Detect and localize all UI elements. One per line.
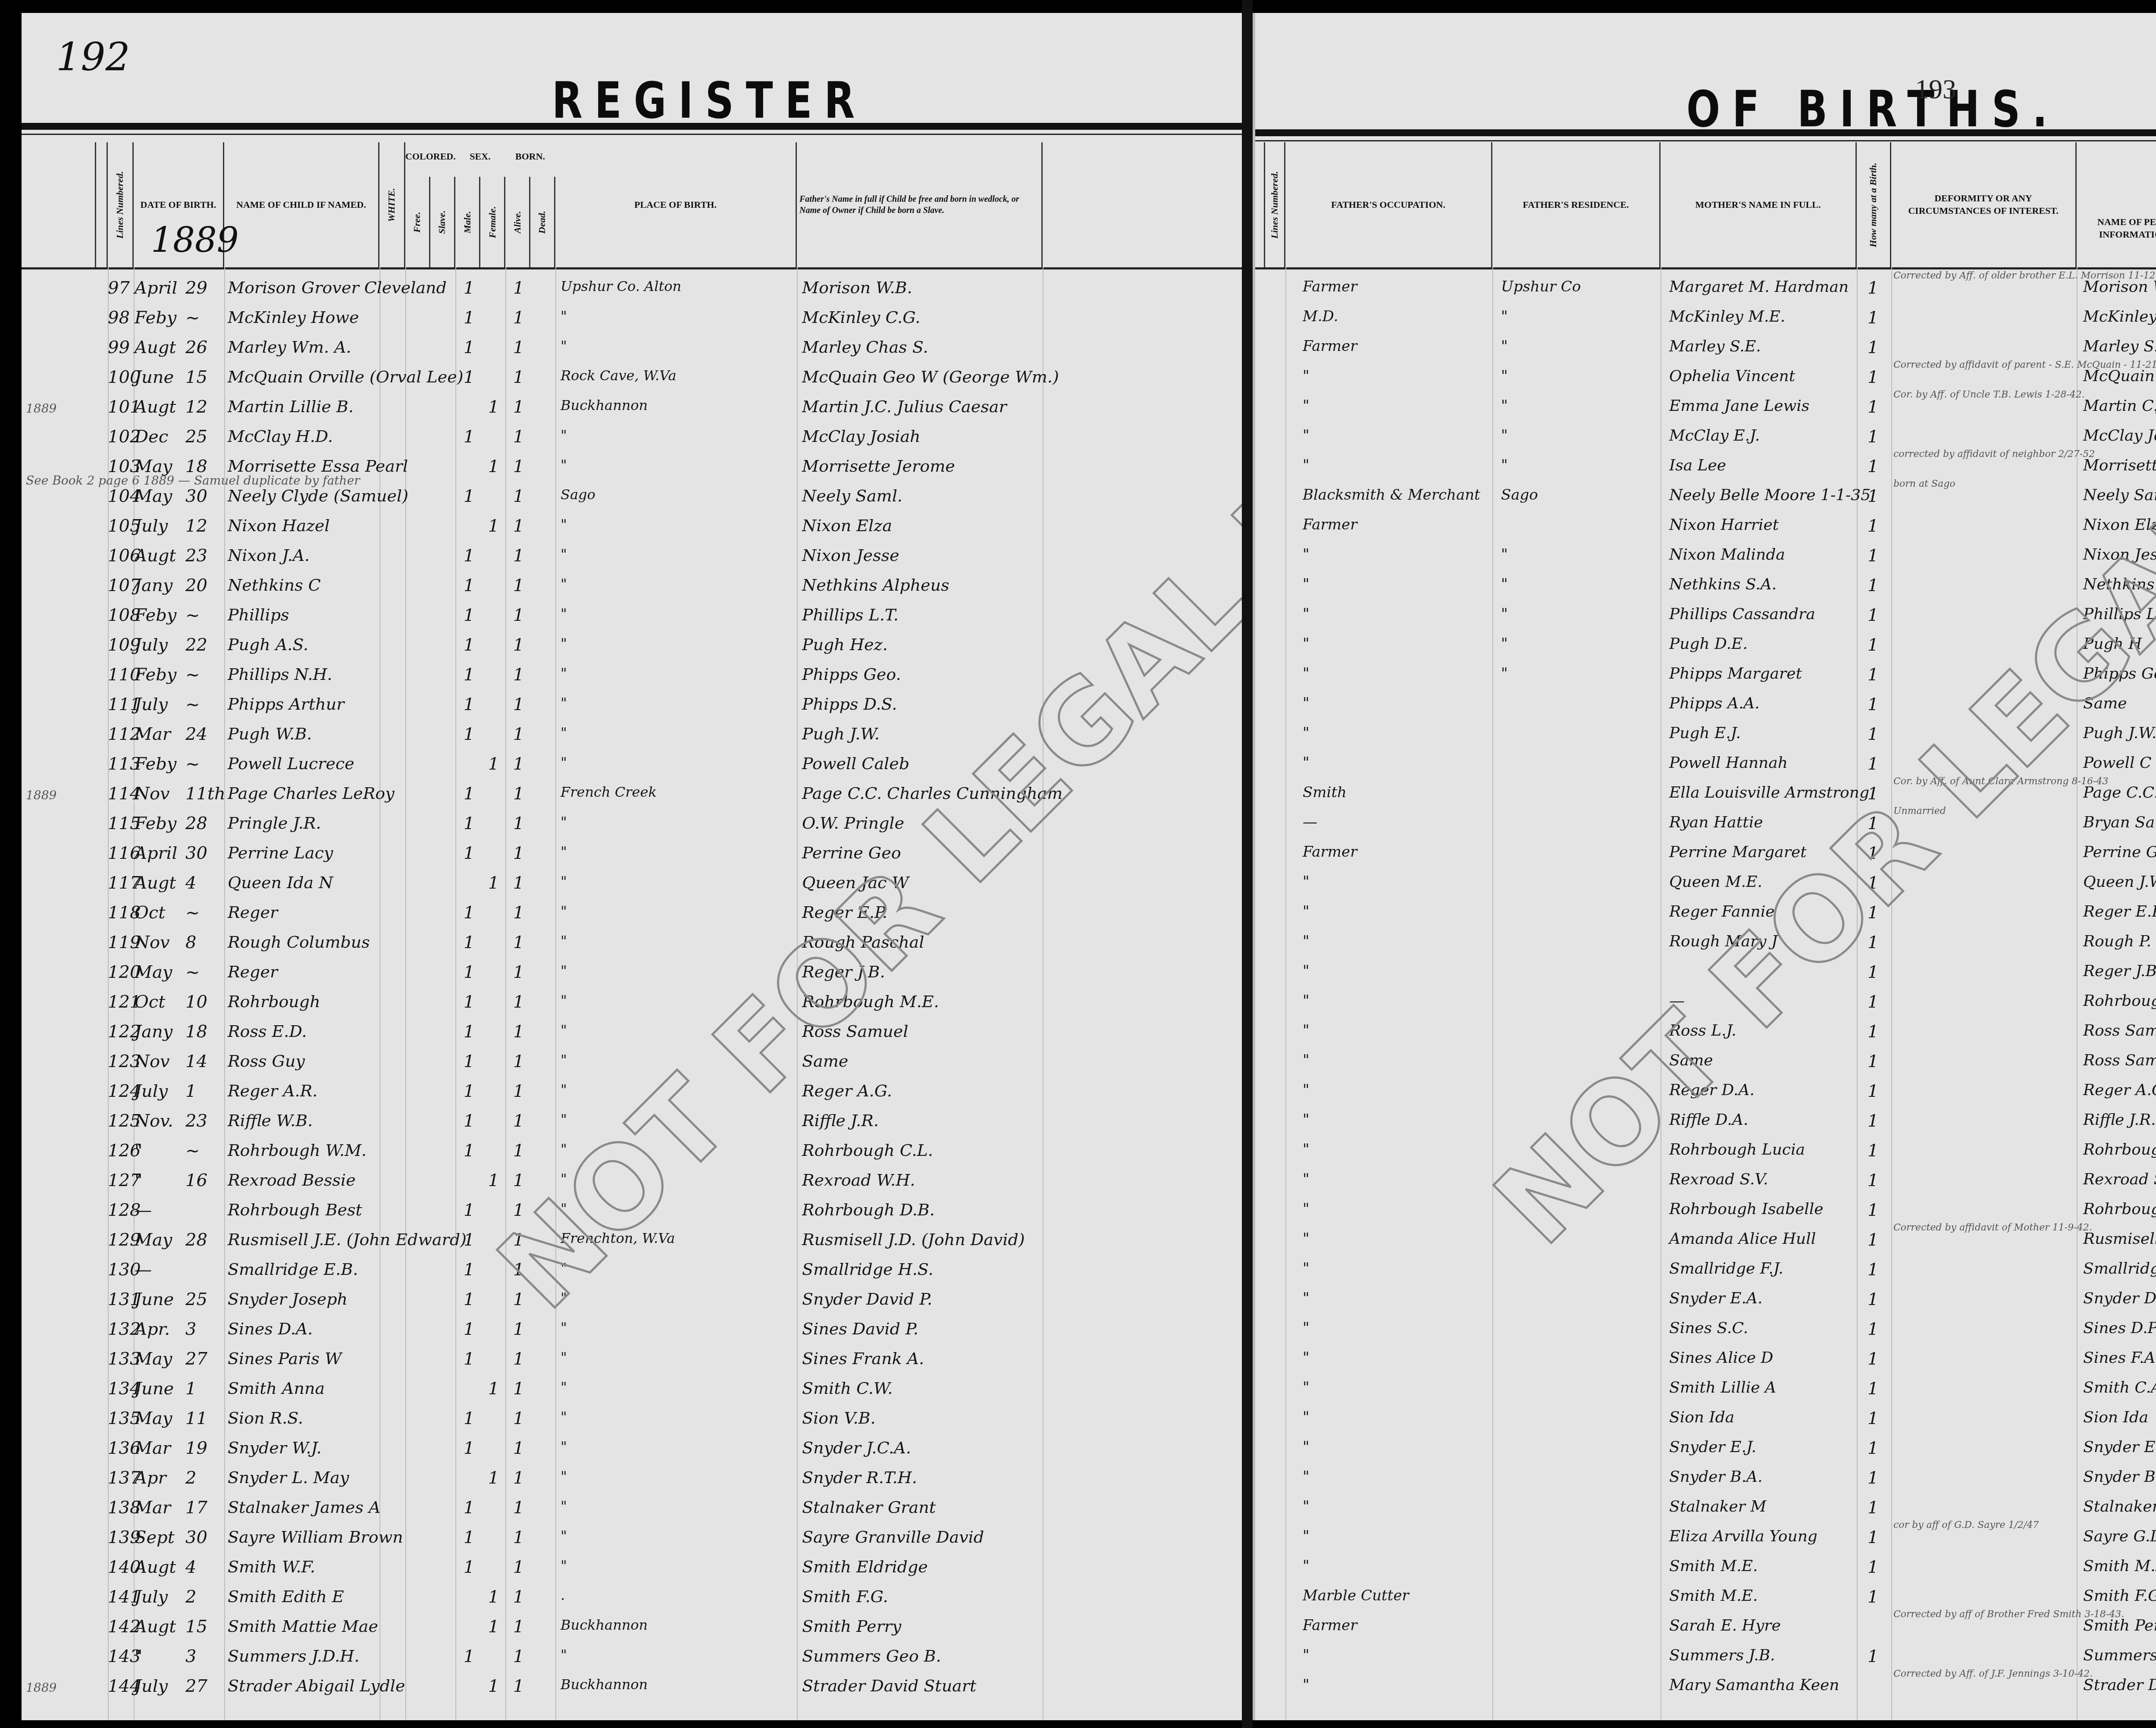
mother-name: Amanda Alice Hull bbox=[1669, 1230, 1816, 1248]
header-name-of-child: NAME OF CHILD IF NAMED. bbox=[224, 142, 379, 267]
born-alive-mark: 1 bbox=[513, 754, 524, 774]
father-name: Nixon Jesse bbox=[802, 546, 899, 565]
birth-month: Augt bbox=[135, 546, 176, 566]
born-alive-mark: 1 bbox=[513, 427, 524, 447]
birth-day: 30 bbox=[185, 486, 207, 506]
place-of-birth: " bbox=[561, 754, 567, 770]
informant-name: Smith C.A. bbox=[2083, 1379, 2156, 1396]
birth-day: 2 bbox=[185, 1468, 196, 1488]
father-occupation: " bbox=[1303, 1141, 1310, 1158]
birth-count: 1 bbox=[1868, 1081, 1878, 1101]
child-name: Reger A.R. bbox=[228, 1081, 317, 1100]
table-row: 131June25Snyder Joseph11"Snyder David P. bbox=[22, 1290, 1242, 1314]
birth-day: 14 bbox=[185, 1052, 207, 1071]
child-name: Morrisette Essa Pearl bbox=[228, 457, 408, 476]
sex-female-mark: 1 bbox=[488, 1379, 499, 1399]
mother-name: Perrine Margaret bbox=[1669, 843, 1807, 861]
father-occupation: " bbox=[1303, 665, 1310, 682]
informant-name: McClay Josiah bbox=[2083, 427, 2156, 445]
place-of-birth: " bbox=[561, 1647, 567, 1663]
birth-count: 1 bbox=[1868, 278, 1878, 298]
table-row: 120May~Reger11"Reger J.B. bbox=[22, 962, 1242, 986]
birth-day: ~ bbox=[185, 1141, 200, 1161]
birth-count: 1 bbox=[1868, 576, 1878, 595]
birth-day: ~ bbox=[185, 665, 200, 685]
birth-count: 1 bbox=[1868, 1319, 1878, 1339]
mother-name: Rexroad S.V. bbox=[1669, 1171, 1768, 1188]
circumstances-note: Corrected by affidavit of Mother 11-9-42… bbox=[1893, 1222, 2092, 1233]
sex-male-mark: 1 bbox=[464, 1319, 474, 1339]
child-name: Nixon Hazel bbox=[228, 516, 330, 535]
table-row: "Summers J.B.1Summers Geo B." bbox=[1255, 1647, 2156, 1671]
father-residence: Upshur Co bbox=[1501, 278, 1581, 295]
child-name: Ross Guy bbox=[228, 1052, 305, 1071]
birth-count: 1 bbox=[1868, 1379, 1878, 1399]
table-row: 137Apr2Snyder L. May11"Snyder R.T.H. bbox=[22, 1468, 1242, 1492]
book-gutter bbox=[1242, 0, 1253, 1728]
child-name: Pugh A.S. bbox=[228, 635, 308, 654]
table-row: 102Dec25McClay H.D.11"McClay Josiah bbox=[22, 427, 1242, 451]
born-alive-mark: 1 bbox=[513, 784, 524, 804]
place-of-birth: " bbox=[561, 576, 567, 592]
birth-count: 1 bbox=[1868, 308, 1878, 328]
birth-count: 1 bbox=[1868, 962, 1878, 982]
table-row: FarmerPerrine Margaret1Perrine Geo.fathe… bbox=[1255, 843, 2156, 867]
sex-female-mark: 1 bbox=[488, 873, 499, 893]
child-name: Smith Mattie Mae bbox=[228, 1617, 378, 1636]
table-row: 118Oct~Reger11"Reger E.P. bbox=[22, 903, 1242, 927]
birth-day: 2 bbox=[185, 1587, 196, 1607]
father-name: Phipps Geo. bbox=[802, 665, 901, 684]
informant-name: McQuain C. bbox=[2083, 367, 2156, 385]
informant-name: Page C.C. bbox=[2083, 784, 2156, 801]
birth-day: 15 bbox=[185, 1617, 207, 1637]
birth-month: " bbox=[135, 1647, 142, 1666]
father-occupation: " bbox=[1303, 1171, 1310, 1188]
born-alive-mark: 1 bbox=[513, 516, 524, 536]
father-name: Sayre Granville David bbox=[802, 1528, 984, 1546]
table-row: 100June15McQuain Orville (Orval Lee)11Ro… bbox=[22, 367, 1242, 391]
header-deformity: DEFORMITY OR ANY CIRCUMSTANCES OF INTERE… bbox=[1891, 142, 2077, 267]
birth-month: July bbox=[135, 635, 168, 655]
birth-count: 1 bbox=[1868, 1290, 1878, 1309]
circumstances-note: cor by aff of G.D. Sayre 1/2/47 bbox=[1893, 1520, 2039, 1531]
sex-male-mark: 1 bbox=[464, 1498, 474, 1518]
table-row: 141July2Smith Edith E11.Smith F.G. bbox=[22, 1587, 1242, 1611]
table-row: 116April30Perrine Lacy11"Perrine Geo bbox=[22, 843, 1242, 867]
birth-day: 28 bbox=[185, 814, 207, 833]
born-alive-mark: 1 bbox=[513, 1587, 524, 1607]
father-residence: " bbox=[1501, 367, 1508, 385]
born-alive-mark: 1 bbox=[513, 992, 524, 1012]
child-name: Strader Abigail Lydle bbox=[228, 1676, 405, 1695]
table-row: "Reger Fannie1Reger E.P." bbox=[1255, 903, 2156, 927]
child-name: Page Charles LeRoy bbox=[228, 784, 395, 803]
born-alive-mark: 1 bbox=[513, 1290, 524, 1309]
table-row: FarmerNixon Harriet1Nixon Elza" bbox=[1255, 516, 2156, 540]
table-row: "Sion Ida1Sion Idamother bbox=[1255, 1409, 2156, 1433]
table-row: ""Nixon Malinda1Nixon Jesse" bbox=[1255, 546, 2156, 570]
table-row: "Eliza Arvilla Young1cor by aff of G.D. … bbox=[1255, 1528, 2156, 1552]
child-name: Rohrbough Best bbox=[228, 1200, 362, 1219]
father-occupation: — bbox=[1303, 814, 1317, 831]
father-occupation: " bbox=[1303, 1498, 1310, 1515]
informant-name: Sion Ida bbox=[2083, 1409, 2148, 1426]
header-lines-numbered: Lines Numbered. bbox=[108, 142, 134, 267]
mother-name: Summers J.B. bbox=[1669, 1647, 1775, 1664]
table-row: "Rohrbough Lucia1Rohrbough C.L." bbox=[1255, 1141, 2156, 1165]
table-row: 119Nov8Rough Columbus11"Rough Paschal bbox=[22, 933, 1242, 957]
circumstances-note: Corrected by Aff. of J.F. Jennings 3-10-… bbox=[1893, 1669, 2093, 1679]
mother-name: Powell Hannah bbox=[1669, 754, 1788, 772]
father-occupation: Farmer bbox=[1303, 1617, 1357, 1634]
birth-day: 27 bbox=[185, 1676, 207, 1696]
born-alive-mark: 1 bbox=[513, 1409, 524, 1428]
father-name: Nethkins Alpheus bbox=[802, 576, 950, 595]
father-occupation: " bbox=[1303, 962, 1310, 980]
born-alive-mark: 1 bbox=[513, 605, 524, 625]
table-row: "Smith M.E.1Smith M.E.mother bbox=[1255, 1557, 2156, 1581]
informant-name: Powell C bbox=[2083, 754, 2152, 772]
header-top-rule bbox=[22, 123, 1242, 130]
birth-day: 30 bbox=[185, 843, 207, 863]
father-name: Pugh J.W. bbox=[802, 724, 880, 743]
mother-name: Phillips Cassandra bbox=[1669, 605, 1815, 623]
place-of-birth: " bbox=[561, 962, 567, 979]
birth-count: 1 bbox=[1868, 1498, 1878, 1518]
sex-male-mark: 1 bbox=[464, 308, 474, 328]
father-name: Sines Frank A. bbox=[802, 1349, 924, 1368]
place-of-birth: " bbox=[561, 338, 567, 354]
table-row: 138Mar17Stalnaker James A11"Stalnaker Gr… bbox=[22, 1498, 1242, 1522]
mother-name: Pugh D.E. bbox=[1669, 635, 1748, 653]
born-alive-mark: 1 bbox=[513, 635, 524, 655]
born-alive-mark: 1 bbox=[513, 1617, 524, 1637]
header-bottom-rule bbox=[22, 267, 1242, 269]
birth-count: 1 bbox=[1868, 1349, 1878, 1369]
table-row: 139Sept30Sayre William Brown11"Sayre Gra… bbox=[22, 1528, 1242, 1552]
child-name: Riffle W.B. bbox=[228, 1111, 313, 1130]
header-dead: Dead. bbox=[530, 177, 555, 267]
birth-day: ~ bbox=[185, 962, 200, 982]
child-name: Rough Columbus bbox=[228, 933, 370, 952]
father-residence: " bbox=[1501, 457, 1508, 474]
place-of-birth: Sago bbox=[561, 486, 595, 503]
sex-female-mark: 1 bbox=[488, 1676, 499, 1696]
birth-day: 4 bbox=[185, 873, 196, 893]
place-of-birth: " bbox=[561, 1081, 567, 1098]
birth-count: 1 bbox=[1868, 1409, 1878, 1428]
born-alive-mark: 1 bbox=[513, 457, 524, 476]
header-lines-numbered: Lines Numbered. bbox=[1264, 142, 1285, 267]
father-occupation: " bbox=[1303, 457, 1310, 474]
child-name: Sines D.A. bbox=[228, 1319, 313, 1338]
born-alive-mark: 1 bbox=[513, 962, 524, 982]
birth-day: 17 bbox=[185, 1498, 207, 1518]
table-row: 97April29Morison Grover Cleveland11Upshu… bbox=[22, 278, 1242, 302]
birth-count: 1 bbox=[1868, 605, 1878, 625]
informant-name: Reger J.B. bbox=[2083, 962, 2156, 980]
place-of-birth: " bbox=[561, 1111, 567, 1127]
birth-count: 1 bbox=[1868, 486, 1878, 506]
table-row: ""Emma Jane Lewis1Cor. by Aff. of Uncle … bbox=[1255, 397, 2156, 421]
birth-day: 23 bbox=[185, 546, 207, 566]
father-occupation: " bbox=[1303, 1409, 1310, 1426]
birth-month: " bbox=[135, 1171, 142, 1190]
informant-name: Morrisette J.B. bbox=[2083, 457, 2156, 474]
page-number: 193 bbox=[1915, 73, 1956, 105]
header-alive: Alive. bbox=[505, 177, 530, 267]
mother-name: Nethkins S.A. bbox=[1669, 576, 1777, 593]
birth-month: June bbox=[135, 367, 174, 387]
father-name: Sion V.B. bbox=[802, 1409, 876, 1427]
place-of-birth: " bbox=[561, 605, 567, 622]
informant-name: Ross Samuel bbox=[2083, 1052, 2156, 1069]
mother-name: Isa Lee bbox=[1669, 457, 1726, 474]
place-of-birth: " bbox=[561, 427, 567, 443]
father-name: Martin J.C. Julius Caesar bbox=[802, 397, 1007, 416]
birth-month: Augt bbox=[135, 397, 176, 417]
birth-month: Mar bbox=[135, 1438, 171, 1458]
sex-male-mark: 1 bbox=[464, 1141, 474, 1161]
mother-name: Sines S.C. bbox=[1669, 1319, 1748, 1337]
child-name: Reger bbox=[228, 962, 278, 981]
sex-male-mark: 1 bbox=[464, 1230, 474, 1250]
father-residence: " bbox=[1501, 635, 1508, 652]
place-of-birth: " bbox=[561, 1498, 567, 1514]
born-alive-mark: 1 bbox=[513, 1022, 524, 1042]
informant-name: Sayre G.D. bbox=[2083, 1528, 2156, 1545]
place-of-birth: " bbox=[561, 665, 567, 681]
born-alive-mark: 1 bbox=[513, 724, 524, 744]
father-occupation: M.D. bbox=[1303, 308, 1338, 325]
sex-male-mark: 1 bbox=[464, 665, 474, 685]
father-name: Powell Caleb bbox=[802, 754, 909, 773]
born-alive-mark: 1 bbox=[513, 1676, 524, 1696]
mother-name: Rohrbough Lucia bbox=[1669, 1141, 1805, 1158]
born-alive-mark: 1 bbox=[513, 933, 524, 952]
place-of-birth: . bbox=[561, 1587, 565, 1603]
child-name: Reger bbox=[228, 903, 278, 922]
header-father-name: Father's Name in full if Child be free a… bbox=[797, 142, 1043, 267]
birth-count: 1 bbox=[1868, 427, 1878, 447]
child-name: Rohrbough W.M. bbox=[228, 1141, 367, 1160]
father-name: Morrisette Jerome bbox=[802, 457, 955, 476]
birth-count: 1 bbox=[1868, 665, 1878, 685]
birth-day: 12 bbox=[185, 397, 207, 417]
birth-count: 1 bbox=[1868, 516, 1878, 536]
father-occupation: " bbox=[1303, 367, 1310, 385]
born-alive-mark: 1 bbox=[513, 1528, 524, 1547]
father-occupation: Farmer bbox=[1303, 278, 1357, 295]
born-alive-mark: 1 bbox=[513, 1111, 524, 1131]
informant-name: Rough P. bbox=[2083, 933, 2151, 950]
sex-male-mark: 1 bbox=[464, 695, 474, 714]
birth-month: April bbox=[135, 278, 177, 298]
header-rule bbox=[22, 134, 1242, 135]
sex-male-mark: 1 bbox=[464, 1409, 474, 1428]
page-title: REGISTER bbox=[552, 72, 867, 130]
birth-day: 19 bbox=[185, 1438, 207, 1458]
place-of-birth: " bbox=[561, 992, 567, 1008]
header-informant-name: NAME OF PERSON GIVING INFORMATION OF BIR… bbox=[2077, 190, 2156, 267]
mother-name: Marley S.E. bbox=[1669, 338, 1761, 355]
born-alive-mark: 1 bbox=[513, 397, 524, 417]
father-name: Rohrbough D.B. bbox=[802, 1200, 935, 1219]
place-of-birth: Buckhannon bbox=[561, 1617, 648, 1633]
father-name: Phillips L.T. bbox=[802, 605, 899, 624]
birth-day: 25 bbox=[185, 1290, 207, 1309]
sex-female-mark: 1 bbox=[488, 754, 499, 774]
informant-name: Neely Saml. bbox=[2083, 486, 2156, 504]
place-of-birth: " bbox=[561, 1468, 567, 1484]
birth-day: 15 bbox=[185, 367, 207, 387]
table-row: FarmerUpshur CoMargaret M. Hardman1Corre… bbox=[1255, 278, 2156, 302]
born-alive-mark: 1 bbox=[513, 278, 524, 298]
birth-day: 30 bbox=[185, 1528, 207, 1547]
father-name: Snyder J.C.A. bbox=[802, 1438, 911, 1457]
child-name: Nixon J.A. bbox=[228, 546, 310, 565]
birth-month: July bbox=[135, 695, 168, 714]
table-row: 99Augt26Marley Wm. A.11"Marley Chas S. bbox=[22, 338, 1242, 362]
father-residence: " bbox=[1501, 427, 1508, 444]
child-name: Snyder W.J. bbox=[228, 1438, 322, 1457]
sex-male-mark: 1 bbox=[464, 814, 474, 833]
circumstances-note: born at Sago bbox=[1893, 479, 1955, 489]
birth-day: 3 bbox=[185, 1319, 196, 1339]
birth-count: 1 bbox=[1868, 1171, 1878, 1190]
informant-name: Snyder B.A. bbox=[2083, 1468, 2156, 1486]
sex-male-mark: 1 bbox=[464, 1200, 474, 1220]
father-name: Riffle J.R. bbox=[802, 1111, 879, 1130]
birth-month: Jany bbox=[135, 1022, 172, 1042]
born-alive-mark: 1 bbox=[513, 367, 524, 387]
place-of-birth: " bbox=[561, 1022, 567, 1038]
table-row: 123Nov14Ross Guy11"Same bbox=[22, 1052, 1242, 1076]
birth-month: " bbox=[135, 1141, 142, 1161]
table-row: 117Augt4Queen Ida N11"Queen Jac W bbox=[22, 873, 1242, 897]
informant-name: Smallridge A.S. bbox=[2083, 1260, 2156, 1277]
birth-count: 1 bbox=[1868, 1557, 1878, 1577]
father-occupation: " bbox=[1303, 1052, 1310, 1069]
place-of-birth: " bbox=[561, 873, 567, 889]
sex-male-mark: 1 bbox=[464, 605, 474, 625]
father-name: Marley Chas S. bbox=[802, 338, 928, 357]
table-row: 101Augt12Martin Lillie B.11BuckhannonMar… bbox=[22, 397, 1242, 421]
child-name: Smith W.F. bbox=[228, 1557, 315, 1576]
table-row: "Rohrbough Isabelle1Rohrbough D.B.father bbox=[1255, 1200, 2156, 1224]
birth-count: 1 bbox=[1868, 635, 1878, 655]
born-alive-mark: 1 bbox=[513, 665, 524, 685]
place-of-birth: " bbox=[561, 1528, 567, 1544]
father-occupation: " bbox=[1303, 635, 1310, 652]
informant-name: Snyder E.J. bbox=[2083, 1438, 2156, 1456]
father-occupation: Farmer bbox=[1303, 516, 1357, 533]
child-name: Rexroad Bessie bbox=[228, 1171, 356, 1190]
child-name: Perrine Lacy bbox=[228, 843, 333, 862]
table-row: Farmer"Marley S.E.1Marley S.E.mother bbox=[1255, 338, 2156, 362]
place-of-birth: " bbox=[561, 1052, 567, 1068]
father-occupation: " bbox=[1303, 754, 1310, 771]
header-female: Female. bbox=[480, 177, 505, 267]
birth-count: 1 bbox=[1868, 1468, 1878, 1488]
place-of-birth: Buckhannon bbox=[561, 397, 648, 413]
table-row: —Ryan Hattie1UnmarriedBryan SarahGrandmo… bbox=[1255, 814, 2156, 838]
header-sources: SOURCES OF INFORMATION. bbox=[2077, 160, 2156, 171]
informant-name: Sines D.P. bbox=[2083, 1319, 2156, 1337]
table-row: 143"3Summers J.D.H.11"Summers Geo B. bbox=[22, 1647, 1242, 1671]
father-name: Snyder David P. bbox=[802, 1290, 932, 1309]
header-bottom-rule bbox=[1255, 267, 2156, 269]
table-row: Marble CutterSmith M.E.1Smith F.G.father bbox=[1255, 1587, 2156, 1611]
table-row: 105July12Nixon Hazel11"Nixon Elza bbox=[22, 516, 1242, 540]
father-name: Smallridge H.S. bbox=[802, 1260, 934, 1279]
birth-month: Oct bbox=[135, 992, 165, 1012]
father-name: Snyder R.T.H. bbox=[802, 1468, 917, 1487]
birth-month: Jany bbox=[135, 576, 172, 595]
born-alive-mark: 1 bbox=[513, 338, 524, 357]
mother-name: Neely Belle Moore 1-1-35 bbox=[1669, 486, 1871, 504]
table-row: 144July27Strader Abigail Lydle11Buckhann… bbox=[22, 1676, 1242, 1700]
table-row: 104May30Neely Clyde (Samuel)11SagoNeely … bbox=[22, 486, 1242, 510]
table-row: "Smith Lillie A1Smith C.A." bbox=[1255, 1379, 2156, 1403]
table-row: 98Feby~McKinley Howe11"McKinley C.G. bbox=[22, 308, 1242, 332]
birth-month: Dec bbox=[135, 427, 168, 447]
table-row: "Stalnaker M1Stalnaker M" bbox=[1255, 1498, 2156, 1522]
child-name: Smith Edith E bbox=[228, 1587, 344, 1606]
birth-month: Feby bbox=[135, 308, 176, 328]
birth-count: 1 bbox=[1868, 1260, 1878, 1280]
child-name: Pugh W.B. bbox=[228, 724, 312, 743]
sex-male-mark: 1 bbox=[464, 338, 474, 357]
child-name: Snyder L. May bbox=[228, 1468, 349, 1487]
birth-month: May bbox=[135, 1409, 172, 1428]
table-row: "Snyder B.A.1Snyder B.A." bbox=[1255, 1468, 2156, 1492]
sex-male-mark: 1 bbox=[464, 486, 474, 506]
child-name: Sines Paris W bbox=[228, 1349, 342, 1368]
header-white: WHITE. bbox=[379, 142, 405, 267]
sex-male-mark: 1 bbox=[464, 1052, 474, 1071]
margin-note: 1889 bbox=[26, 401, 56, 416]
table-row: "Sines Alice D1Sines F.A." bbox=[1255, 1349, 2156, 1373]
father-occupation: " bbox=[1303, 1290, 1310, 1307]
birth-day: 3 bbox=[185, 1647, 196, 1666]
table-row: M.D."McKinley M.E.1McKinley C.G." bbox=[1255, 308, 2156, 332]
table-row: 134June1Smith Anna11"Smith C.W. bbox=[22, 1379, 1242, 1403]
father-occupation: " bbox=[1303, 1230, 1310, 1247]
mother-name: Snyder B.A. bbox=[1669, 1468, 1763, 1486]
sex-female-mark: 1 bbox=[488, 1617, 499, 1637]
child-name: Rohrbough bbox=[228, 992, 320, 1011]
mother-name: Sion Ida bbox=[1669, 1409, 1734, 1426]
sex-male-mark: 1 bbox=[464, 784, 474, 804]
informant-name: Rohrbough C.L. bbox=[2083, 1141, 2156, 1158]
birth-day: 18 bbox=[185, 1022, 207, 1042]
father-name: Smith F.G. bbox=[802, 1587, 888, 1606]
sex-female-mark: 1 bbox=[488, 457, 499, 476]
birth-month: Feby bbox=[135, 605, 176, 625]
birth-count: 1 bbox=[1868, 724, 1878, 744]
sex-male-mark: 1 bbox=[464, 1111, 474, 1131]
father-occupation: " bbox=[1303, 1200, 1310, 1218]
page-number: 192 bbox=[56, 34, 130, 80]
sex-male-mark: 1 bbox=[464, 933, 474, 952]
father-occupation: " bbox=[1303, 1647, 1310, 1664]
informant-name: Strader D.S. bbox=[2083, 1676, 2156, 1694]
father-name: Phipps D.S. bbox=[802, 695, 897, 714]
mother-name: Smallridge F.J. bbox=[1669, 1260, 1783, 1277]
informant-name: Rexroad S.V. bbox=[2083, 1171, 2156, 1188]
